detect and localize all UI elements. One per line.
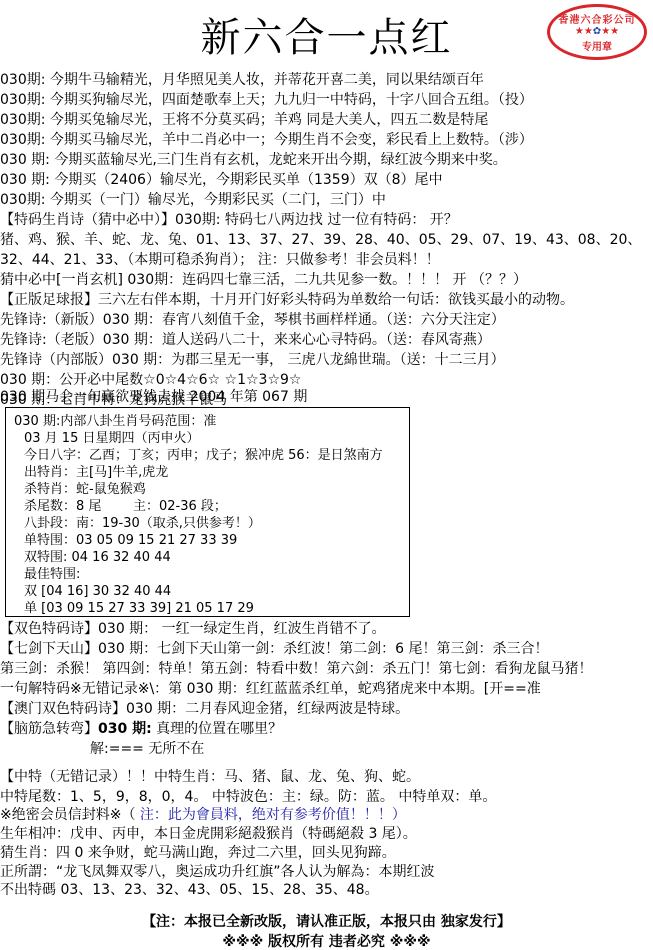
prediction-line: 030 期: 今期买蓝输尽光,三门生肖有玄机，龙蛇来开出今期，绿红波今期来中奖。 [0,150,507,170]
bagua-info-box: 030 期:内部八卦生肖号码范围：准 03 月 15 日星期四（丙申火） 今日八… [5,407,410,617]
box-dan: 单 [03 09 15 27 33 39] 21 05 17 29 [24,600,254,617]
stamp-top-text: 香港六合彩公司 [550,11,644,26]
zodiac-poem-heading: 【特码生肖诗（猜中必中）】030期: 特码七八两边找 过一位有特码： 开？ [0,210,458,230]
box-zhu-duan: 主：02-36 段； [133,498,227,515]
saying-line: 正所謂：“龙飞凤舞双零八，奥运成功升红旗”各人认为解為：本期红波 [0,862,435,882]
member-envelope-line: ※绝密会员信封料※（ 注：此为會員料，绝对有参考价值！！！） [0,805,406,825]
box-sha-wei-shu: 杀尾数：8 尾 [24,498,101,515]
two-color-poem: 【双色特码诗】030 期： 一红一绿定生肖，红波生肖错不了。 [0,619,386,639]
one-zodiac-line: 猜中必中[一肖玄机] 030期：连码四七靠三活，二九共见参一数。！！！ 开 （？… [0,270,527,290]
hit-tail-line: 中特尾数：1、5，9，8，0，4。 中特波色：主：绿。防：蓝。 中特单双：单。 [0,787,496,807]
pioneer-poem-internal: 先锋诗（内部版）030 期：为郡三星无一事， 三虎八龙綿世瑞。（送：十二三月） [0,350,505,370]
company-stamp: 香港六合彩公司 ★★✿★★ 专用章 [547,4,647,60]
member-prefix: ※绝密会员信封料※（ [0,807,135,823]
guess-zodiac-line: 猜生肖：四 0 来争财，蛇马满山跑，奔过二六里，回头见狗蹄。 [0,843,396,863]
box-chu-te-xiao: 出特肖：主[马]牛羊,虎龙 [24,464,168,481]
stamp-stars: ★★✿★★ [550,26,644,38]
footer-notice: 【注：本报已全新改版，请认准正版，本报只由 独家发行】 [0,911,653,931]
prediction-line: 030期: 今期牛马输精光，月华照见美人妆，并蒂花开喜二美，同以果结颂百年 [0,70,484,90]
prediction-line: 030期: 今期买（一门）输尽光，今期彩民买（二门，三门）中 [0,190,386,210]
box-shuang-te-wei: 双特围: 04 16 32 40 44 [24,549,171,566]
riddle-answer: 解:=== 无所不在 [90,739,204,759]
zodiac-numbers-line: 32、44、21、33、（本期可稳杀狗肖）； 注：只做参考！非会员料！！ [0,250,440,270]
flower-icon: ✿ [593,26,601,37]
riddle-line: 【脑筋急转弯】030 期: 真理的位置在哪里？ [0,719,282,739]
pioneer-poem-old: 先锋诗:（老版）030 期：道人送码八二十，来来心心寻特码。（送：春风寄燕） [0,330,491,350]
no-special-numbers-line: 不出特碼 03、13、23、32、43、05、15、28、35、48。 [0,880,379,900]
star-icon: ★★ [575,26,593,37]
stamp-bottom-text: 专用章 [550,38,644,53]
riddle-period: 030 期: [98,721,152,737]
one-sentence-line: 一句解特码※无错记录※\：第 030 期：红红蓝蓝杀红单，蛇鸡猪虎来中本期。[开… [0,679,541,699]
macau-two-color-poem: 【澳门双色特码诗】030 期：二月春风迎金猪，红绿两波是特球。 [0,699,409,719]
prediction-line: 030期: 今期买狗输尽光，四面楚歌奉上天；九九归一中特码，十字八回合五组。（投… [0,90,533,110]
horse-club-line: 030 期马会一句赢欲要钱去找 2004 年第 067 期 [0,387,307,407]
zodiac-numbers-line: 猪、鸡、猴、羊、蛇、龙、兔、01、13、37、27、39、28、40、05、29… [0,230,641,250]
prediction-line: 030期: 今期买马输尽光，羊中二肖必中一；今期生肖不会变，彩民看上上数特。（涉… [0,130,533,150]
member-note: 注：此为會員料，绝对有参考价值！！！） [135,807,405,823]
box-zui-jia-te-wei: 最佳特围: [24,566,80,583]
seven-swords-line-2: 第三剑：杀猴！ 第四剑：特单！第五剑：特看中数！第六剑：杀五门！第七剑：看狗龙鼠… [0,659,592,679]
riddle-question: 真理的位置在哪里？ [156,721,282,737]
clash-line: 生年相冲：戊申、丙申，本日金虎開彩絕殺猴肖（特碼絕殺 3 尾）。 [0,824,417,844]
box-sha-te-xiao: 杀特肖：蛇-鼠兔猴鸡 [24,481,146,498]
box-bagua-duan: 八卦段：南：19-30（取杀,只供参考！） [24,515,261,532]
seven-swords-line: 【七剑下天山】030 期：七剑下天山第一剑：杀红波！第二剑：6 尾！第三剑：杀三… [0,639,549,659]
football-news-line: 【正版足球报】三六左右伴本期，十月开门好彩头特码为单数给一句话：欲钱买最小的动物… [0,290,574,310]
riddle-label: 【脑筋急转弯】 [0,721,98,737]
hit-record-line: 【中特（无错记录）！！中特生肖：马、猪、鼠、龙、兔、狗、蛇。 [0,767,420,787]
prediction-line: 030 期: 今期买（2406）输尽光，今期彩民买单（1359）双（8）尾中 [0,170,443,190]
footer-copyright: ※※※ 版权所有 违者必究 ※※※ [0,931,653,950]
box-date: 03 月 15 日星期四（丙申火） [24,430,199,447]
box-heading: 030 期:内部八卦生肖号码范围：准 [14,413,216,430]
box-bazi: 今日八字：乙酉；丁亥；丙申；戊子；猴冲虎 56：是日煞南方 [24,447,383,464]
box-shuang: 双 [04 16] 30 32 40 44 [24,583,171,600]
prediction-line: 030期: 今期买兔输尽光，王将不分莫买码；羊鸡 同是大美人，四五二数是特尾 [0,110,488,130]
box-dan-te-wei: 单特围：03 05 09 15 21 27 33 39 [24,532,237,549]
star-icon: ★★ [601,26,619,37]
pioneer-poem-new: 先锋诗:（新版）030 期：春宵八刻值千金，琴棋书画样样通。（送：六分天注定） [0,310,505,330]
